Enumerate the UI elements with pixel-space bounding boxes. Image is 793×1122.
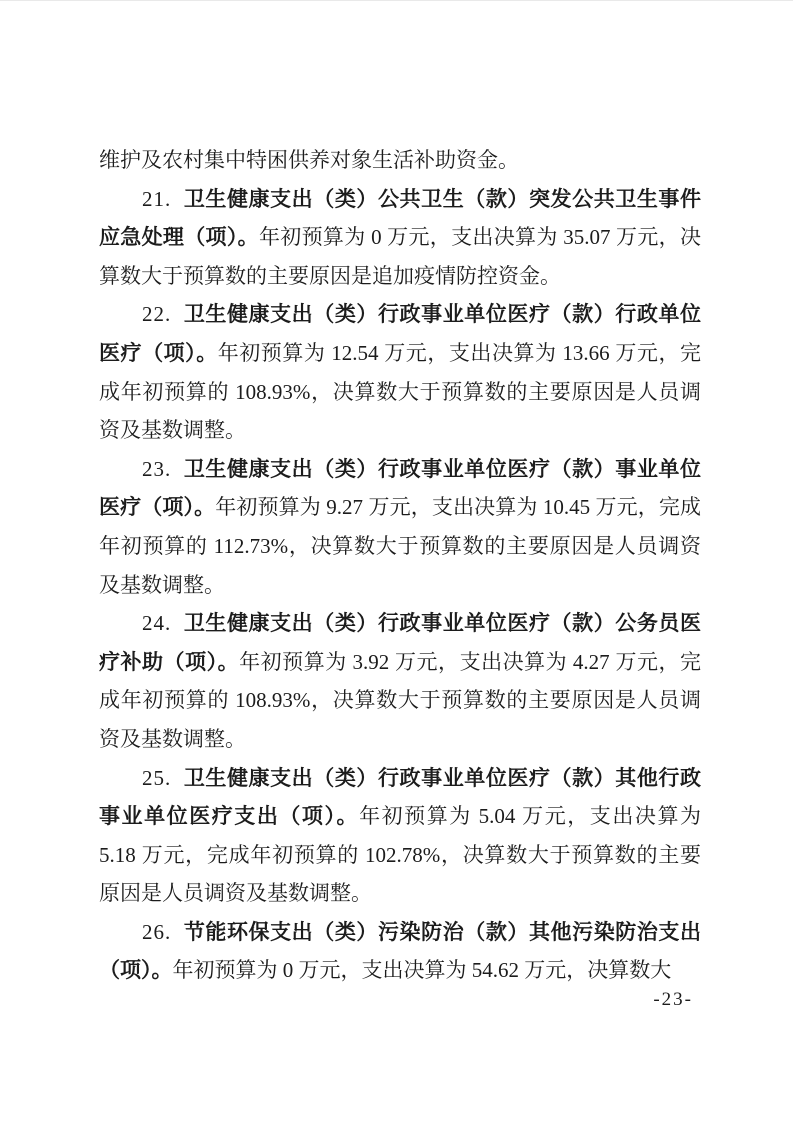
item-number: 21. <box>142 187 171 211</box>
item-number: 26. <box>142 920 171 944</box>
page-number: -23- <box>653 989 693 1011</box>
item-body: 年初预算为 0 万元，支出决算为 54.62 万元，决算数大 <box>173 958 672 982</box>
budget-item-24: 24.卫生健康支出（类）行政事业单位医疗（款）公务员医疗补助（项）。年初预算为 … <box>99 604 701 758</box>
budget-item-26: 26.节能环保支出（类）污染防治（款）其他污染防治支出（项）。年初预算为 0 万… <box>99 913 701 990</box>
document-body: 维护及农村集中特困供养对象生活补助资金。 21.卫生健康支出（类）公共卫生（款）… <box>99 141 701 990</box>
paragraph-continuation: 维护及农村集中特困供养对象生活补助资金。 <box>99 141 701 180</box>
paragraph-text: 维护及农村集中特困供养对象生活补助资金。 <box>99 148 519 172</box>
item-number: 25. <box>142 766 171 790</box>
item-number: 23. <box>142 457 171 481</box>
document-page: 维护及农村集中特困供养对象生活补助资金。 21.卫生健康支出（类）公共卫生（款）… <box>0 0 793 1122</box>
item-number: 24. <box>142 611 171 635</box>
budget-item-23: 23.卫生健康支出（类）行政事业单位医疗（款）事业单位医疗（项）。年初预算为 9… <box>99 450 701 604</box>
budget-item-25: 25.卫生健康支出（类）行政事业单位医疗（款）其他行政事业单位医疗支出（项）。年… <box>99 759 701 913</box>
budget-item-21: 21.卫生健康支出（类）公共卫生（款）突发公共卫生事件应急处理（项）。年初预算为… <box>99 180 701 296</box>
budget-item-22: 22.卫生健康支出（类）行政事业单位医疗（款）行政单位医疗（项）。年初预算为 1… <box>99 295 701 449</box>
item-number: 22. <box>142 302 171 326</box>
